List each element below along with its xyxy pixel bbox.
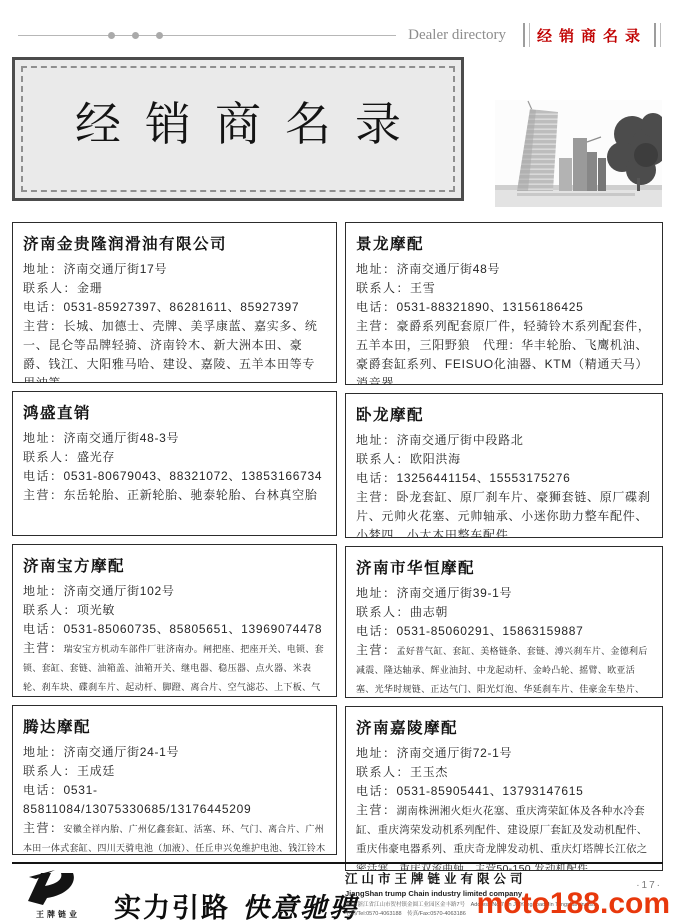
grid-right-column: 景龙摩配 地址：济南交通厅街48号 联系人：王雪 电话：0531-8832189… [345,222,663,871]
dealer-name: 景龙摩配 [356,232,652,254]
phone-label: 电话： [356,471,397,485]
city-skyline-photo [495,100,662,207]
main-row: 主营：湖南株洲湘火炬火花塞、重庆湾荣缸体及各种水冷套缸、重庆湾荣发动机系列配件、… [356,801,652,871]
phone-label: 电话： [23,469,64,483]
dealer-name: 腾达摩配 [23,715,326,737]
contact-row: 联系人：盛光存 [23,448,326,467]
main-row: 主营：安徽全祥内胎、广州亿鑫套缸、活塞、环、气门、离合片、广州本田一体式套缸、四… [23,819,326,855]
dealer-card: 济南宝方摩配 地址：济南交通厅街102号 联系人：项光敏 电话：0531-850… [12,544,337,697]
main-label: 主营： [23,319,64,333]
address-row: 地址：济南交通厅街48号 [356,260,652,279]
dealer-main: 安徽全祥内胎、广州亿鑫套缸、活塞、环、气门、离合片、广州本田一体式套缸、四川天骑… [23,824,325,855]
phone-label: 电话： [356,624,397,638]
dealer-contact: 曲志朝 [410,605,448,619]
dealer-address: 济南交通厅街24-1号 [64,745,180,759]
header-rule [18,35,396,36]
dealer-card: 济南金贵隆润滑油有限公司 地址：济南交通厅街17号 联系人：金珊 电话：0531… [12,222,337,383]
title-banner: 经销商名录 [12,57,464,201]
main-label: 主营： [23,821,64,835]
contact-label: 联系人： [356,765,410,779]
header-title-cn: 经销商名录 [537,25,647,46]
address-row: 地址：济南交通厅街39-1号 [356,584,652,603]
phone-row: 电话：0531-85927397、86281611、85927397 [23,298,326,317]
page-header: Dealer directory 经销商名录 [18,22,666,48]
address-label: 地址： [23,262,64,276]
phone-label: 电话： [356,784,397,798]
address-row: 地址：济南交通厅街中段路北 [356,431,652,450]
dealer-address: 济南交通厅街102号 [64,584,175,598]
dealer-phone: 0531-85927397、86281611、85927397 [64,300,300,314]
main-label: 主营： [356,490,397,504]
ornamental-border: 经销商名录 [21,66,455,192]
dealer-card: 济南市华恒摩配 地址：济南交通厅街39-1号 联系人：曲志朝 电话：0531-8… [345,546,663,698]
banner-calligraphy: 经销商名录 [51,88,425,154]
phone-row: 电话：13256441154、15553175276 [356,469,652,488]
phone-row: 电话：0531-85811084/13075330685/13176445209 [23,781,326,819]
main-row: 主营：孟好普气缸、套缸、美格链条、套链、溥兴刹车片、金德利后减震、隆达轴承、辉业… [356,641,652,698]
double-bar-icon [654,23,661,47]
grid-left-column: 济南金贵隆润滑油有限公司 地址：济南交通厅街17号 联系人：金珊 电话：0531… [12,222,337,871]
dealer-phone: 0531-85060735、85805651、13969074478 [64,622,323,636]
dealer-name: 鸿盛直销 [23,401,326,423]
skyline-illustration [495,100,662,207]
contact-label: 联系人： [23,764,77,778]
slogan-part-1: 实力引路 [114,893,230,921]
address-label: 地址： [356,586,397,600]
contact-row: 联系人：王成廷 [23,762,326,781]
dealer-contact: 欧阳洪海 [410,452,461,466]
dealer-card: 卧龙摩配 地址：济南交通厅街中段路北 联系人：欧阳洪海 电话：132564411… [345,393,663,538]
header-title-en: Dealer directory [408,27,506,44]
logo-text: 王牌链业 [18,909,98,920]
dealer-address: 济南交通厅街39-1号 [397,586,513,600]
dealer-contact: 王雪 [410,281,435,295]
contact-label: 联系人： [23,450,77,464]
dealer-grid: 济南金贵隆润滑油有限公司 地址：济南交通厅街17号 联系人：金珊 电话：0531… [12,222,663,871]
dealer-main: 豪爵系列配套原厂件，轻骑铃木系列配套件，五羊本田，三阳野狼 代理：华丰轮胎、飞鹰… [356,319,651,385]
address-label: 地址： [356,433,397,447]
dealer-contact: 金珊 [77,281,102,295]
footer-slogan: 实力引路快意驰骋 [114,886,358,921]
contact-label: 联系人： [356,605,410,619]
dealer-main: 孟好普气缸、套缸、美格链条、套链、溥兴刹车片、金德利后减震、隆达轴承、辉业油封、… [356,646,648,698]
main-label: 主营： [356,643,397,657]
dealer-main: 东岳轮胎、正新轮胎、驰泰轮胎、台林真空胎 [64,488,318,502]
dealer-address: 济南交通厅街17号 [64,262,168,276]
contact-row: 联系人：王雪 [356,279,652,298]
dealer-contact: 项光敏 [77,603,115,617]
dealer-phone: 13256441154、15553175276 [397,471,571,485]
double-bar-icon [523,23,530,47]
dealer-card: 景龙摩配 地址：济南交通厅街48号 联系人：王雪 电话：0531-8832189… [345,222,663,385]
main-label: 主营： [356,803,397,817]
website-url: moto188.com [477,887,670,921]
dealer-main: 卧龙套缸、原厂刹车片、豪狮套链、原厂碟刹片、元帅火花塞、元帅轴承、小迷你助力整车… [356,490,651,538]
page-number: ·17· [636,880,662,891]
rule-dot [132,32,139,39]
contact-label: 联系人： [356,281,410,295]
contact-row: 联系人：项光敏 [23,601,326,620]
dealer-main: 长城、加德士、壳牌、美孚康蓝、嘉实多、统一、昆仑等品牌轻骑、济南铃木、新大洲本田… [23,319,318,383]
rule-dot [156,32,163,39]
dealer-address: 济南交通厅街48号 [397,262,501,276]
contact-row: 联系人：王玉杰 [356,763,652,782]
main-row: 主营：卧龙套缸、原厂刹车片、豪狮套链、原厂碟刹片、元帅火花塞、元帅轴承、小迷你助… [356,488,652,538]
phone-row: 电话：0531-85905441、13793147615 [356,782,652,801]
dealer-name: 济南嘉陵摩配 [356,716,652,738]
brand-logo: 王牌链业 [18,870,98,920]
main-label: 主营： [23,641,64,655]
address-label: 地址： [23,584,64,598]
main-row: 主营：东岳轮胎、正新轮胎、驰泰轮胎、台林真空胎 [23,486,326,505]
main-label: 主营： [23,488,64,502]
contact-row: 联系人：欧阳洪海 [356,450,652,469]
footer-divider [12,862,663,864]
dealer-phone: 0531-85905441、13793147615 [397,784,584,798]
main-row: 主营：瑞安宝方机动车部件厂驻济南办。闸把座、把座开关、电锁、套锁、套缸、套链、油… [23,639,326,697]
dealer-address: 济南交通厅街72-1号 [397,746,513,760]
main-row: 主营：豪爵系列配套原厂件，轻骑铃木系列配套件，五羊本田，三阳野狼 代理：华丰轮胎… [356,317,652,385]
address-row: 地址：济南交通厅街48-3号 [23,429,326,448]
scanned-directory-page: Dealer directory 经销商名录 经销商名录 [0,0,674,921]
address-row: 地址：济南交通厅街102号 [23,582,326,601]
dealer-contact: 王玉杰 [410,765,448,779]
dealer-card: 济南嘉陵摩配 地址：济南交通厅街72-1号 联系人：王玉杰 电话：0531-85… [345,706,663,871]
contact-label: 联系人： [356,452,410,466]
dealer-contact: 盛光存 [77,450,115,464]
slogan-part-2: 快意驰骋 [242,893,358,921]
contact-label: 联系人： [23,603,77,617]
dealer-phone: 0531-80679043、88321072、13853166734 [64,469,323,483]
phone-row: 电话：0531-85060735、85805651、13969074478 [23,620,326,639]
dealer-name: 卧龙摩配 [356,403,652,425]
phone-label: 电话： [23,622,64,636]
dealer-name: 济南金贵隆润滑油有限公司 [23,232,326,254]
dealer-phone: 0531-88321890、13156186425 [397,300,584,314]
main-label: 主营： [356,319,397,333]
phone-row: 电话：0531-88321890、13156186425 [356,298,652,317]
dealer-card: 腾达摩配 地址：济南交通厅街24-1号 联系人：王成廷 电话：0531-8581… [12,705,337,855]
publisher-name-cn: 江山市王牌链业有限公司 [345,869,595,887]
dealer-main: 瑞安宝方机动车部件厂驻济南办。闸把座、把座开关、电锁、套锁、套缸、套链、油箱盖、… [23,644,324,697]
phone-label: 电话： [23,300,64,314]
phone-label: 电话： [356,300,397,314]
wing-logo-icon [26,870,90,906]
main-row: 主营：长城、加德士、壳牌、美孚康蓝、嘉实多、统一、昆仑等品牌轻骑、济南铃木、新大… [23,317,326,383]
rule-dot [108,32,115,39]
dealer-address: 济南交通厅街中段路北 [397,433,524,447]
dealer-name: 济南宝方摩配 [23,554,326,576]
address-row: 地址：济南交通厅街72-1号 [356,744,652,763]
address-label: 地址： [23,431,64,445]
address-label: 地址： [356,746,397,760]
phone-label: 电话： [23,783,64,797]
contact-row: 联系人：金珊 [23,279,326,298]
dealer-phone: 0531-85060291、15863159887 [397,624,584,638]
dealer-address: 济南交通厅街48-3号 [64,431,180,445]
contact-row: 联系人：曲志朝 [356,603,652,622]
address-label: 地址： [23,745,64,759]
phone-row: 电话：0531-85060291、15863159887 [356,622,652,641]
dealer-name: 济南市华恒摩配 [356,556,652,578]
dealer-contact: 王成廷 [77,764,115,778]
dealer-card: 鸿盛直销 地址：济南交通厅街48-3号 联系人：盛光存 电话：0531-8067… [12,391,337,536]
page-footer: 王牌链业 实力引路快意驰骋 江山市王牌链业有限公司 JiangShan trum… [12,868,670,921]
address-row: 地址：济南交通厅街24-1号 [23,743,326,762]
address-label: 地址： [356,262,397,276]
contact-label: 联系人： [23,281,77,295]
phone-row: 电话：0531-80679043、88321072、13853166734 [23,467,326,486]
address-row: 地址：济南交通厅街17号 [23,260,326,279]
